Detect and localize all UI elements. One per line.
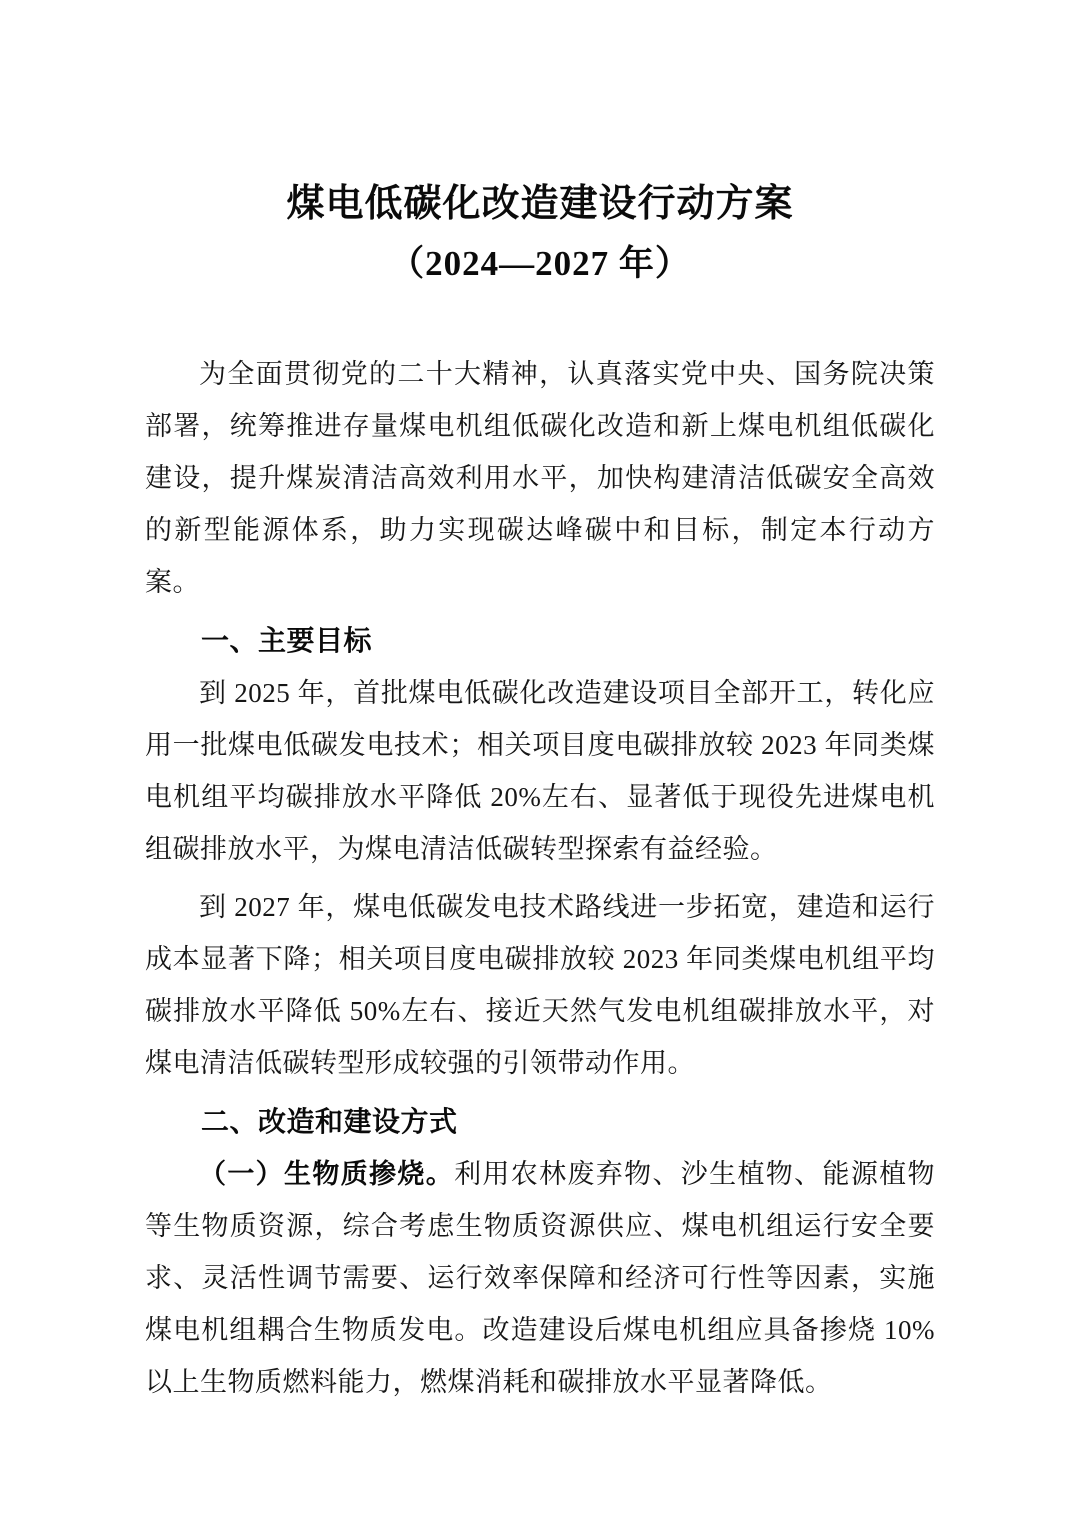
section-heading-main-goals: 一、主要目标 bbox=[145, 615, 935, 667]
paragraph-goal-2027: 到 2027 年，煤电低碳发电技术路线进一步拓宽，建造和运行成本显著下降；相关项… bbox=[145, 881, 935, 1089]
paragraph-intro: 为全面贯彻党的二十大精神，认真落实党中央、国务院决策部署，统筹推进存量煤电机组低… bbox=[145, 348, 935, 608]
item-text-biomass-cofiring: 利用农林废弃物、沙生植物、能源植物等生物质资源，综合考虑生物质资源供应、煤电机组… bbox=[145, 1159, 935, 1397]
section-heading-transformation-methods: 二、改造和建设方式 bbox=[145, 1096, 935, 1148]
document-body: 为全面贯彻党的二十大精神，认真落实党中央、国务院决策部署，统筹推进存量煤电机组低… bbox=[145, 348, 935, 1408]
paragraph-goal-2025: 到 2025 年，首批煤电低碳化改造建设项目全部开工，转化应用一批煤电低碳发电技… bbox=[145, 667, 935, 875]
document-page: 煤电低碳化改造建设行动方案 （2024—2027 年） 为全面贯彻党的二十大精神… bbox=[0, 0, 1080, 1527]
paragraph-item-biomass-cofiring: （一）生物质掺烧。利用农林废弃物、沙生植物、能源植物等生物质资源，综合考虑生物质… bbox=[145, 1148, 935, 1408]
document-title: 煤电低碳化改造建设行动方案 bbox=[145, 176, 935, 232]
document-subtitle-years: （2024—2027 年） bbox=[145, 238, 935, 290]
item-lead-biomass-cofiring: （一）生物质掺烧。 bbox=[199, 1159, 454, 1189]
document-content: 煤电低碳化改造建设行动方案 （2024—2027 年） 为全面贯彻党的二十大精神… bbox=[145, 0, 935, 1408]
